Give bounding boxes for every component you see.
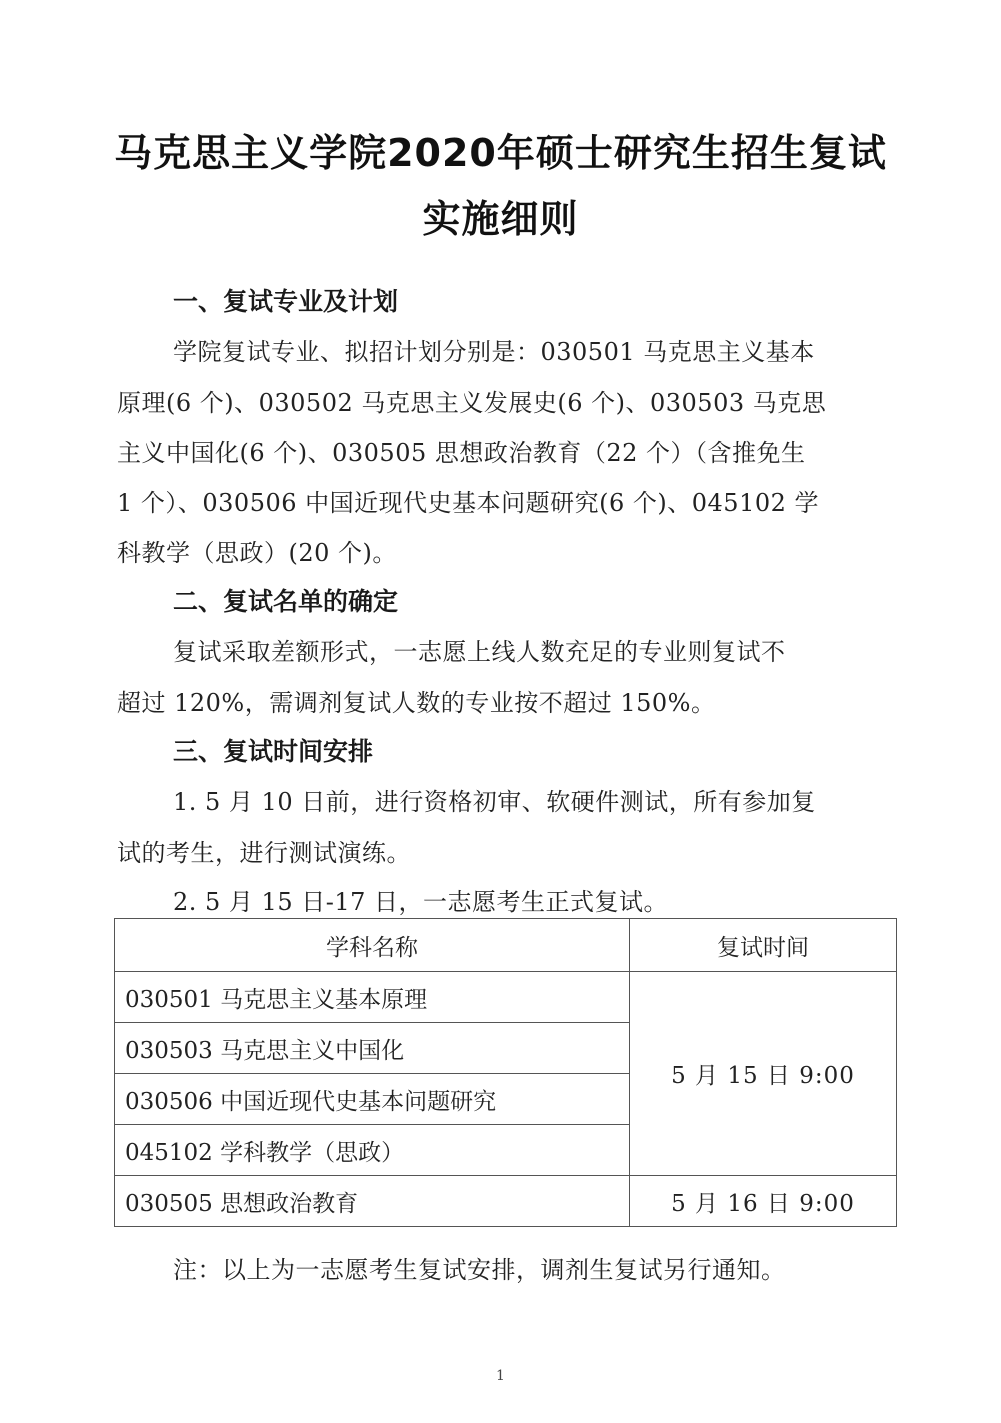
paragraph-line: 主义中国化(6 个)、030505 思想政治教育（22 个）（含推免生 — [117, 433, 806, 468]
paragraph-line: 学院复试专业、拟招计划分别是：030501 马克思主义基本 — [173, 332, 815, 367]
subject-cell: 030501 马克思主义基本原理 — [115, 972, 630, 1023]
paragraph-line: 2. 5 月 15 日-17 日，一志愿考生正式复试。 — [173, 882, 668, 917]
paragraph-line: 超过 120%，需调剂复试人数的专业按不超过 150%。 — [117, 683, 715, 718]
subject-cell: 030505 思想政治教育 — [115, 1176, 630, 1227]
paragraph-line: 科教学（思政）(20 个)。 — [117, 533, 397, 568]
paragraph-line: 原理(6 个)、030502 马克思主义发展史(6 个)、030503 马克思 — [117, 383, 826, 418]
paragraph-line: 试的考生，进行测试演练。 — [117, 833, 411, 868]
time-cell-group: 5 月 15 日 9:00 — [630, 972, 897, 1176]
table-row: 030501 马克思主义基本原理 5 月 15 日 9:00 — [115, 972, 897, 1023]
section-heading-3: 三、复试时间安排 — [173, 732, 373, 768]
schedule-table: 学科名称 复试时间 030501 马克思主义基本原理 5 月 15 日 9:00… — [114, 918, 897, 1227]
subject-cell: 045102 学科教学（思政） — [115, 1125, 630, 1176]
subject-cell: 030506 中国近现代史基本问题研究 — [115, 1074, 630, 1125]
section-heading-1: 一、复试专业及计划 — [173, 282, 398, 318]
paragraph-line: 复试采取差额形式，一志愿上线人数充足的专业则复试不 — [173, 632, 786, 667]
document-title-line-1: 马克思主义学院2020年硕士研究生招生复试 — [0, 122, 1001, 177]
subject-cell: 030503 马克思主义中国化 — [115, 1023, 630, 1074]
note-text: 注：以上为一志愿考生复试安排，调剂生复试另行通知。 — [173, 1250, 786, 1285]
table-row: 030505 思想政治教育 5 月 16 日 9:00 — [115, 1176, 897, 1227]
page-number: 1 — [0, 1368, 1001, 1384]
document-title-line-2: 实施细则 — [0, 188, 1001, 243]
table-header-row: 学科名称 复试时间 — [115, 919, 897, 972]
paragraph-line: 1. 5 月 10 日前，进行资格初审、软硬件测试，所有参加复 — [173, 782, 816, 817]
section-heading-2: 二、复试名单的确定 — [173, 582, 398, 618]
paragraph-line: 1 个）、030506 中国近现代史基本问题研究(6 个)、045102 学 — [117, 483, 819, 518]
time-cell: 5 月 16 日 9:00 — [630, 1176, 897, 1227]
column-header-subject: 学科名称 — [115, 919, 630, 972]
column-header-time: 复试时间 — [630, 919, 897, 972]
